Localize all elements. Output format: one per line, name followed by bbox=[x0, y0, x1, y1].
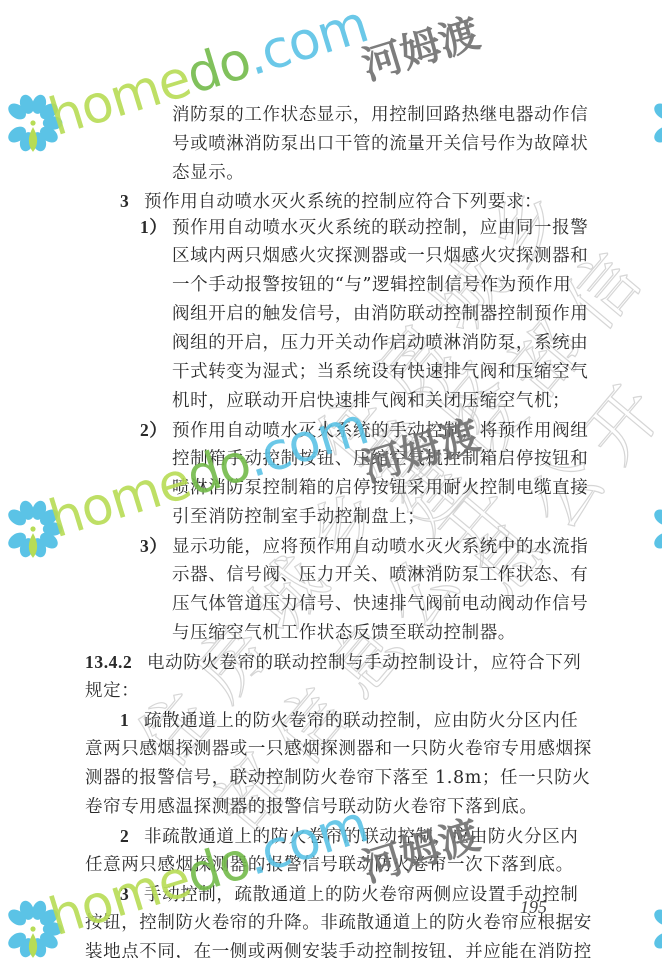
text-line: 按钮，控制防火卷帘的升降。非疏散通道上的防火卷帘应根据安 bbox=[85, 912, 592, 934]
item-number: 3 bbox=[120, 883, 144, 905]
line-text: 电动防火卷帘的联动控制与手动控制设计，应符合下列 bbox=[147, 653, 581, 673]
line-text: 按钮，控制防火卷帘的升降。非疏散通道上的防火卷帘应根据安 bbox=[85, 913, 592, 933]
text-line: 态显示。 bbox=[172, 162, 244, 184]
line-text: 测器的报警信号，联动控制防火卷帘下落至 1.8m；任一只防火 bbox=[85, 768, 591, 788]
line-text: 干式转变为湿式；当系统设有快速排气阀和压缩空气 bbox=[172, 362, 588, 382]
item-number: 3） bbox=[140, 535, 172, 557]
page-number: 195 bbox=[520, 897, 547, 918]
flower-logo-icon bbox=[648, 92, 662, 154]
line-text: 控制箱手动控制按钮、压缩空气机控制箱启停按钮和 bbox=[172, 449, 588, 469]
text-line: 2非疏散通道上的防火卷帘的联动控制，应由防火分区内 bbox=[120, 825, 578, 848]
line-text: 预作用自动喷水灭火系统的手动控制，将预作用阀组 bbox=[172, 421, 588, 441]
line-text: 规定： bbox=[85, 681, 139, 701]
document-page: 住房城乡建设部信息公开 住房城乡建设部信息公开 消防泵的工作状态显示，用控制回路… bbox=[0, 0, 662, 958]
line-text: 疏散通道上的防火卷帘的联动控制，应由防火分区内任 bbox=[144, 711, 578, 731]
text-line: 任意两只感烟探测器的报警信号联动防火卷帘一次下落到底。 bbox=[85, 854, 574, 876]
text-line: 1）预作用自动喷水灭火系统的联动控制，应由同一报警 bbox=[140, 216, 588, 239]
text-line: 一个手动报警按钮的“与”逻辑控制信号作为预作用 bbox=[172, 274, 571, 296]
text-line: 区域内两只烟感火灾探测器或一只烟感火灾探测器和 bbox=[172, 245, 588, 267]
line-text: 显示功能，应将预作用自动喷水灭火系统中的水流指 bbox=[172, 537, 588, 557]
text-line: 机时，应联动开启快速排气阀和关闭压缩空气机； bbox=[172, 390, 570, 412]
flower-logo-icon bbox=[2, 498, 64, 560]
line-text: 号或喷淋消防泵出口干管的流量开关信号作为故障状 bbox=[172, 134, 588, 154]
text-line: 装地点不同，在一侧或两侧安装手动控制按钮，并应能在消防控 bbox=[85, 941, 592, 958]
line-text: 机时，应联动开启快速排气阀和关闭压缩空气机； bbox=[172, 391, 570, 411]
flower-logo-icon bbox=[2, 898, 64, 958]
line-text: 示器、信号阀、压力开关、喷淋消防泵工作状态、有 bbox=[172, 565, 588, 585]
line-text: 态显示。 bbox=[172, 163, 244, 183]
item-number: 3 bbox=[120, 190, 144, 212]
text-line: 引至消防控制室手动控制盘上； bbox=[172, 506, 425, 528]
item-number: 13.4.2 bbox=[85, 651, 147, 673]
line-text: 阀组的开启，压力开关动作启动喷淋消防泵，系统由 bbox=[172, 333, 588, 353]
text-line: 压气体管道压力信号、快速排气阀前电动阀动作信号 bbox=[172, 593, 588, 615]
item-number: 1） bbox=[140, 216, 172, 238]
text-line: 13.4.2电动防火卷帘的联动控制与手动控制设计，应符合下列 bbox=[85, 651, 581, 674]
line-text: 阀组开启的触发信号，由消防联动控制器控制预作用 bbox=[172, 304, 588, 324]
text-line: 与压缩空气机工作状态反馈至联动控制器。 bbox=[172, 622, 516, 644]
line-text: 引至消防控制室手动控制盘上； bbox=[172, 507, 425, 527]
text-line: 号或喷淋消防泵出口干管的流量开关信号作为故障状 bbox=[172, 133, 588, 155]
line-text: 消防泵的工作状态显示，用控制回路热继电器动作信 bbox=[172, 105, 588, 125]
text-line: 1疏散通道上的防火卷帘的联动控制，应由防火分区内任 bbox=[120, 709, 578, 732]
line-text: 任意两只感烟探测器的报警信号联动防火卷帘一次下落到底。 bbox=[85, 855, 574, 875]
text-line: 3预作用自动喷水灭火系统的控制应符合下列要求： bbox=[120, 190, 542, 213]
text-line: 消防泵的工作状态显示，用控制回路热继电器动作信 bbox=[172, 104, 588, 126]
text-line: 示器、信号阀、压力开关、喷淋消防泵工作状态、有 bbox=[172, 564, 588, 586]
line-text: 与压缩空气机工作状态反馈至联动控制器。 bbox=[172, 623, 516, 643]
line-text: 卷帘专用感温探测器的报警信号联动防火卷帘下落到底。 bbox=[85, 797, 538, 817]
line-text: 一个手动报警按钮的“与”逻辑控制信号作为预作用 bbox=[172, 275, 571, 295]
flower-logo-icon bbox=[648, 898, 662, 958]
text-line: 3）显示功能，应将预作用自动喷水灭火系统中的水流指 bbox=[140, 535, 588, 558]
item-number: 2） bbox=[140, 419, 172, 441]
flower-logo-icon bbox=[648, 498, 662, 560]
line-text: 区域内两只烟感火灾探测器或一只烟感火灾探测器和 bbox=[172, 246, 588, 266]
line-text: 装地点不同，在一侧或两侧安装手动控制按钮，并应能在消防控 bbox=[85, 942, 592, 958]
line-text: 喷淋消防泵控制箱的启停按钮采用耐火控制电缆直接 bbox=[172, 478, 588, 498]
text-line: 控制箱手动控制按钮、压缩空气机控制箱启停按钮和 bbox=[172, 448, 588, 470]
line-text: 手动控制，疏散通道上的防火卷帘两侧应设置手动控制 bbox=[144, 885, 578, 905]
line-text: 预作用自动喷水灭火系统的控制应符合下列要求： bbox=[144, 192, 542, 212]
flower-logo-icon bbox=[2, 92, 64, 154]
text-line: 规定： bbox=[85, 680, 139, 702]
line-text: 意两只感烟探测器或一只感烟探测器和一只防火卷帘专用感烟探 bbox=[85, 739, 592, 759]
item-number: 2 bbox=[120, 825, 144, 847]
text-line: 阀组开启的触发信号，由消防联动控制器控制预作用 bbox=[172, 303, 588, 325]
text-line: 卷帘专用感温探测器的报警信号联动防火卷帘下落到底。 bbox=[85, 796, 538, 818]
text-line: 3手动控制，疏散通道上的防火卷帘两侧应设置手动控制 bbox=[120, 883, 578, 906]
item-number: 1 bbox=[120, 709, 144, 731]
homedo-cn-watermark-1: 河姆渡 bbox=[354, 2, 485, 92]
text-line: 喷淋消防泵控制箱的启停按钮采用耐火控制电缆直接 bbox=[172, 477, 588, 499]
text-line: 2）预作用自动喷水灭火系统的手动控制，将预作用阀组 bbox=[140, 419, 588, 442]
text-line: 测器的报警信号，联动控制防火卷帘下落至 1.8m；任一只防火 bbox=[85, 767, 591, 789]
text-line: 阀组的开启，压力开关动作启动喷淋消防泵，系统由 bbox=[172, 332, 588, 354]
line-text: 预作用自动喷水灭火系统的联动控制，应由同一报警 bbox=[172, 218, 588, 238]
text-line: 意两只感烟探测器或一只感烟探测器和一只防火卷帘专用感烟探 bbox=[85, 738, 592, 760]
line-text: 非疏散通道上的防火卷帘的联动控制，应由防火分区内 bbox=[144, 827, 578, 847]
text-line: 干式转变为湿式；当系统设有快速排气阀和压缩空气 bbox=[172, 361, 588, 383]
line-text: 压气体管道压力信号、快速排气阀前电动阀动作信号 bbox=[172, 594, 588, 614]
